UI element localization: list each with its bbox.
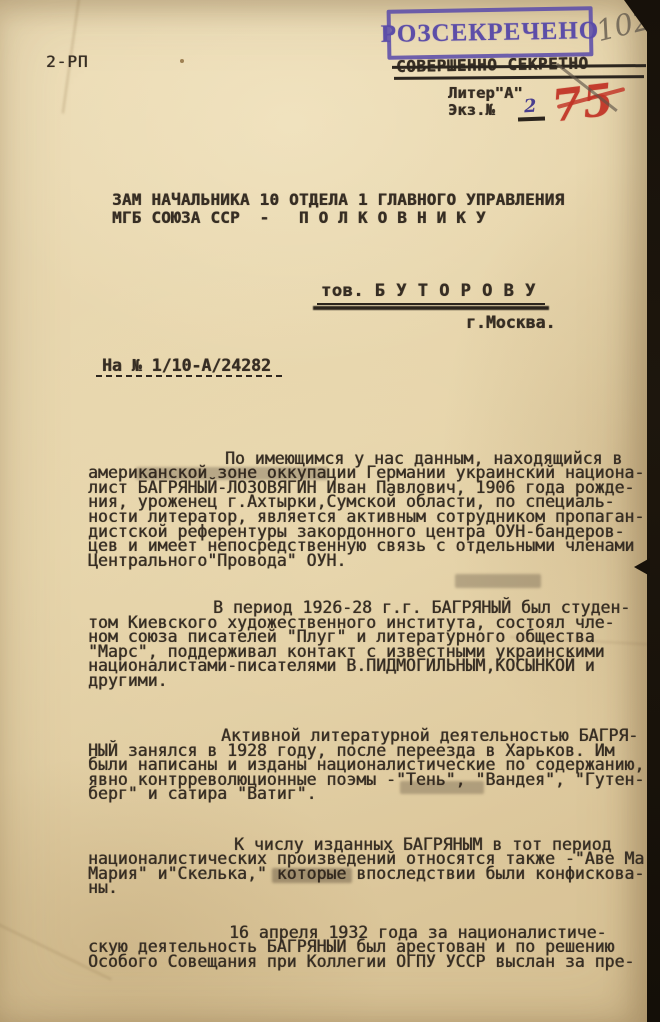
city-label: г.Москва.	[466, 313, 555, 332]
document-page: 2-РП РОЗСЕКРЕЧЕНО СОВЕРШЕННО СЕКРЕТНО 10…	[0, 0, 647, 1022]
ink-smudge	[455, 574, 541, 588]
doc-code: 2-РП	[46, 52, 89, 71]
liter-label: Литер"А"	[448, 84, 523, 102]
page-corner-cut	[624, 0, 650, 36]
addressee-name: тов. Б У Т О Р О В У	[321, 281, 536, 301]
paragraph: Активной литературной деятельностью БАГР…	[88, 729, 660, 802]
paragraph: 16 апреля 1932 года за националистиче- с…	[88, 926, 660, 970]
reference-underline	[96, 375, 282, 377]
addressee-underline	[317, 303, 545, 305]
reference-number: На № 1/10-А/24282	[102, 356, 271, 375]
scan-edge-shadow	[647, 0, 660, 1022]
ink-smudge	[400, 781, 484, 794]
page-edge-tear	[634, 558, 650, 576]
paper-speck	[180, 59, 184, 63]
paragraph: В период 1926-28 г.г. БАГРЯНЫЙ был студе…	[88, 601, 660, 689]
declassified-stamp-text: РОЗСЕКРЕЧЕНО	[381, 17, 600, 49]
ink-smudge	[272, 868, 352, 883]
addressee-underline-heavy	[313, 306, 549, 310]
copy-label: Экз.№	[448, 101, 495, 119]
ink-smudge	[136, 467, 328, 480]
letter-body: По имеющимся у нас данным, находящийся в…	[88, 437, 660, 984]
recipient-address: ЗАМ НАЧАЛЬНИКА 10 ОТДЕЛА 1 ГЛАВНОГО УПРА…	[112, 191, 564, 226]
copy-number-underline	[518, 117, 545, 121]
handwritten-copy-number: 2	[523, 96, 537, 118]
paragraph: К числу изданных БАГРЯНЫМ в тот период н…	[88, 838, 660, 896]
declassified-stamp: РОЗСЕКРЕЧЕНО	[387, 6, 594, 60]
